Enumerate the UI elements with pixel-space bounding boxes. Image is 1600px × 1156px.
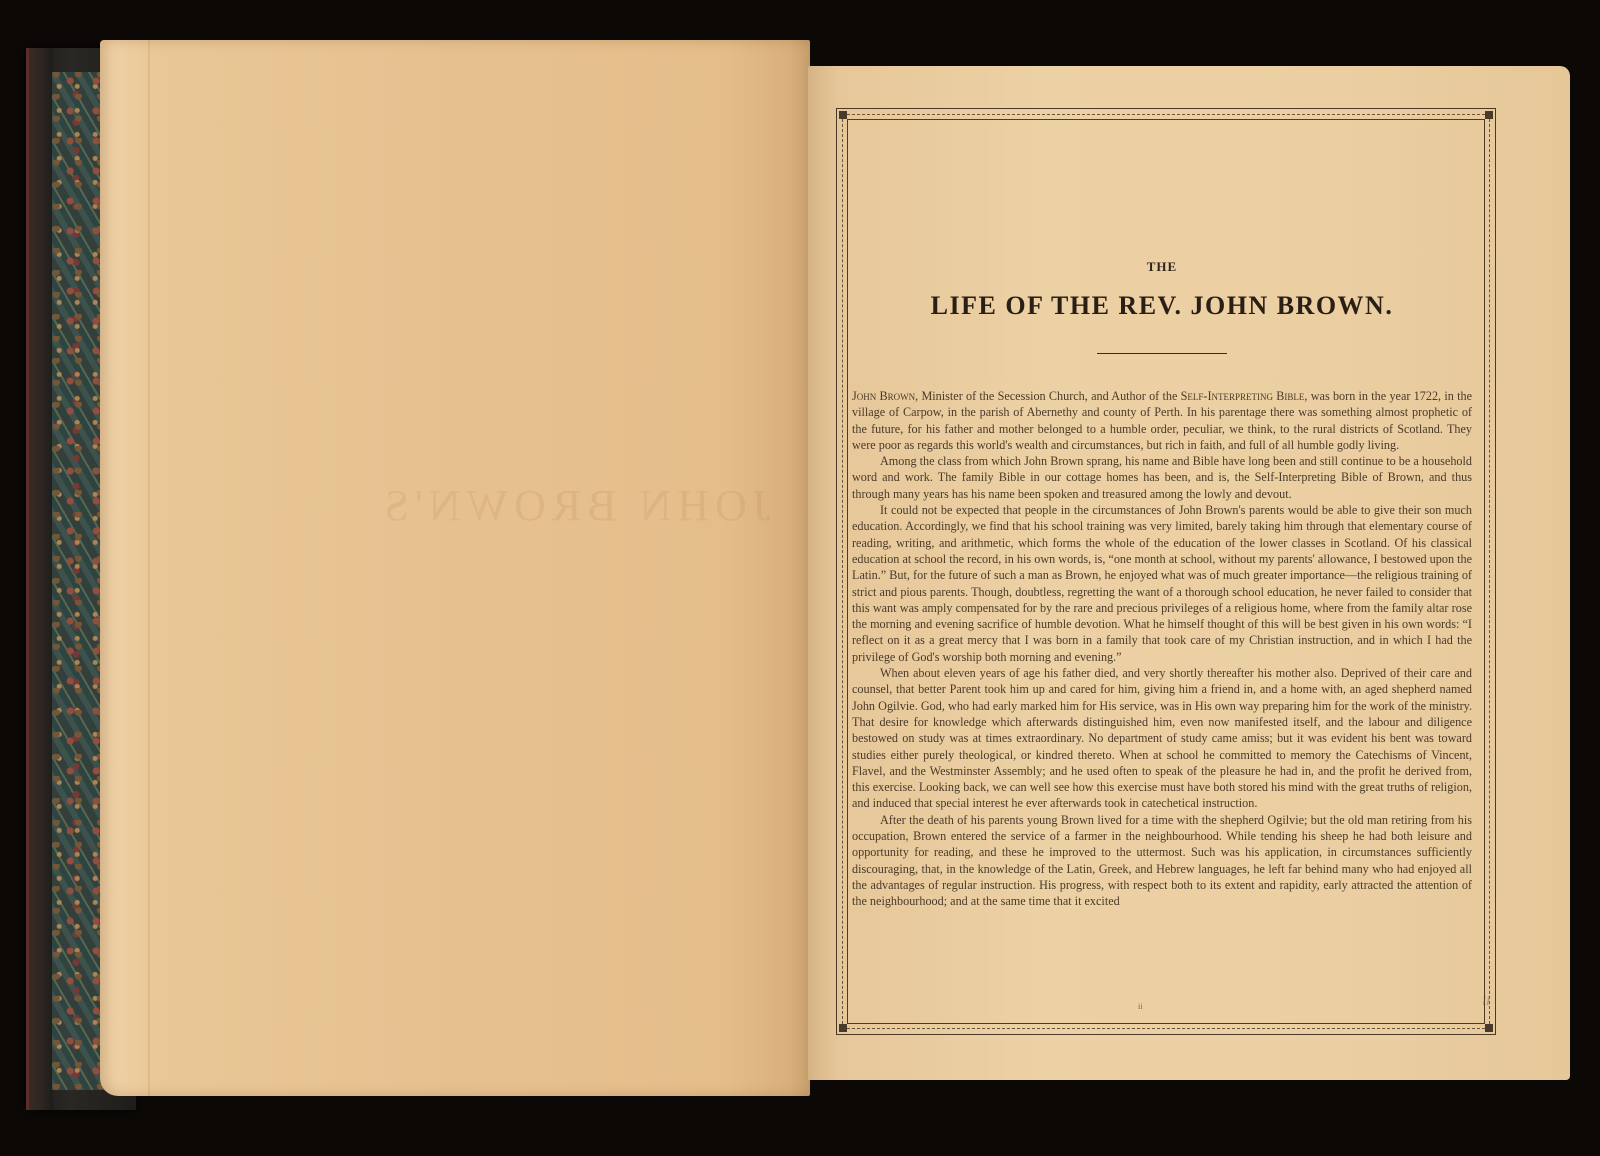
bible-small-caps: Self-Interpreting Bible, — [1181, 389, 1308, 403]
corner-ornament-icon — [839, 1024, 847, 1032]
left-page: JOHN BROWN'S — [100, 40, 810, 1096]
right-page: THE LIFE OF THE REV. JOHN BROWN. John Br… — [808, 66, 1570, 1080]
paragraph-text: Minister of the Secession Church, and Au… — [918, 389, 1180, 403]
corner-ornament-icon — [1485, 111, 1493, 119]
chapter-title: LIFE OF THE REV. JOHN BROWN. — [852, 291, 1472, 321]
signature-mark: ii — [1138, 1002, 1142, 1011]
leather-spine-edge — [26, 48, 53, 1110]
show-through-text: JOHN BROWN'S — [350, 480, 770, 540]
corner-ornament-icon — [1485, 1024, 1493, 1032]
paragraph: It could not be expected that people in … — [852, 502, 1472, 665]
paragraph: After the death of his parents young Bro… — [852, 812, 1472, 910]
page-fold-line — [148, 40, 150, 1096]
paragraph: John Brown, Minister of the Secession Ch… — [852, 388, 1472, 453]
corner-ornament-icon — [839, 111, 847, 119]
paragraph: Among the class from which John Brown sp… — [852, 453, 1472, 502]
pencil-annotation: ii — [1482, 994, 1490, 1010]
title-kicker: THE — [852, 259, 1472, 275]
title-rule — [1097, 353, 1227, 354]
page-text-block: THE LIFE OF THE REV. JOHN BROWN. John Br… — [852, 126, 1472, 910]
name-small-caps: John Brown, — [852, 389, 918, 403]
body-text: John Brown, Minister of the Secession Ch… — [852, 388, 1472, 910]
book-photo: JOHN BROWN'S THE LIFE OF THE REV. JOHN B… — [0, 0, 1600, 1156]
paragraph: When about eleven years of age his fathe… — [852, 665, 1472, 812]
